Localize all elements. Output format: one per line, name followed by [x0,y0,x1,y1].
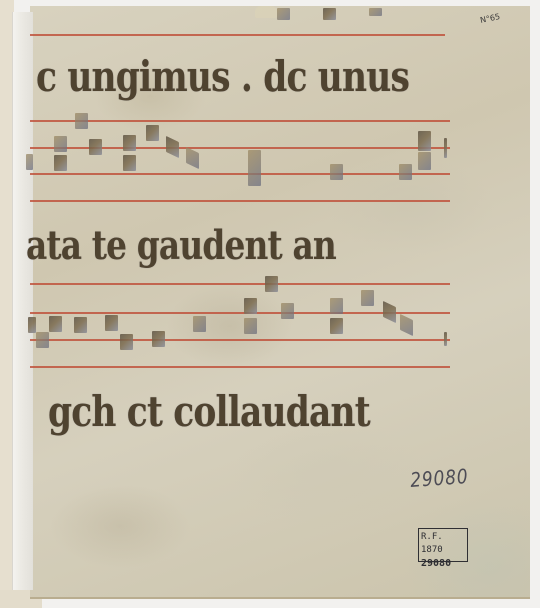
neume [244,318,257,334]
neume [152,331,165,347]
neume [418,131,431,151]
staff-line [30,283,450,285]
neume [265,276,278,292]
neume [105,315,118,331]
neume [193,316,206,332]
handwritten-inventory-number: 29080 [409,464,469,492]
parchment-tear [255,6,277,18]
neume [123,155,136,171]
neume [75,113,88,129]
neume [36,332,49,348]
neume [330,164,343,180]
neume [54,136,67,152]
neume [120,334,133,350]
neume [89,139,102,155]
neume-custos [444,332,447,346]
staff-line [30,173,450,175]
stamp-line-1: R.F. 1870 [421,531,465,557]
lyric-line-1: c ungimus . dc unus [36,52,409,101]
neume [146,125,159,141]
neume [28,317,36,333]
staff-line [30,200,450,202]
neume [277,8,290,20]
neume [330,318,343,334]
lyric-line-2: ata te gaudent an [26,222,336,269]
staff-line [30,34,445,36]
staff-line [30,366,450,368]
neume [26,154,33,170]
neume-custos [444,138,447,158]
neume [244,298,257,314]
neume [54,155,67,171]
neume [49,316,62,332]
neume [330,298,343,314]
neume [123,135,136,151]
stamp-line-2: 29080 [421,557,465,570]
neume [281,303,294,319]
lyric-line-3: gch ct collaudant [48,387,370,436]
collection-stamp: R.F. 1870 29080 [418,528,468,562]
neume [74,317,87,333]
neume [323,8,336,20]
neume [418,152,431,170]
staff-line [30,339,450,341]
hinge-tape [12,12,33,590]
neume [399,164,412,180]
neume [369,8,382,16]
neume [248,150,261,186]
staff-line [30,120,450,122]
neume [361,290,374,306]
